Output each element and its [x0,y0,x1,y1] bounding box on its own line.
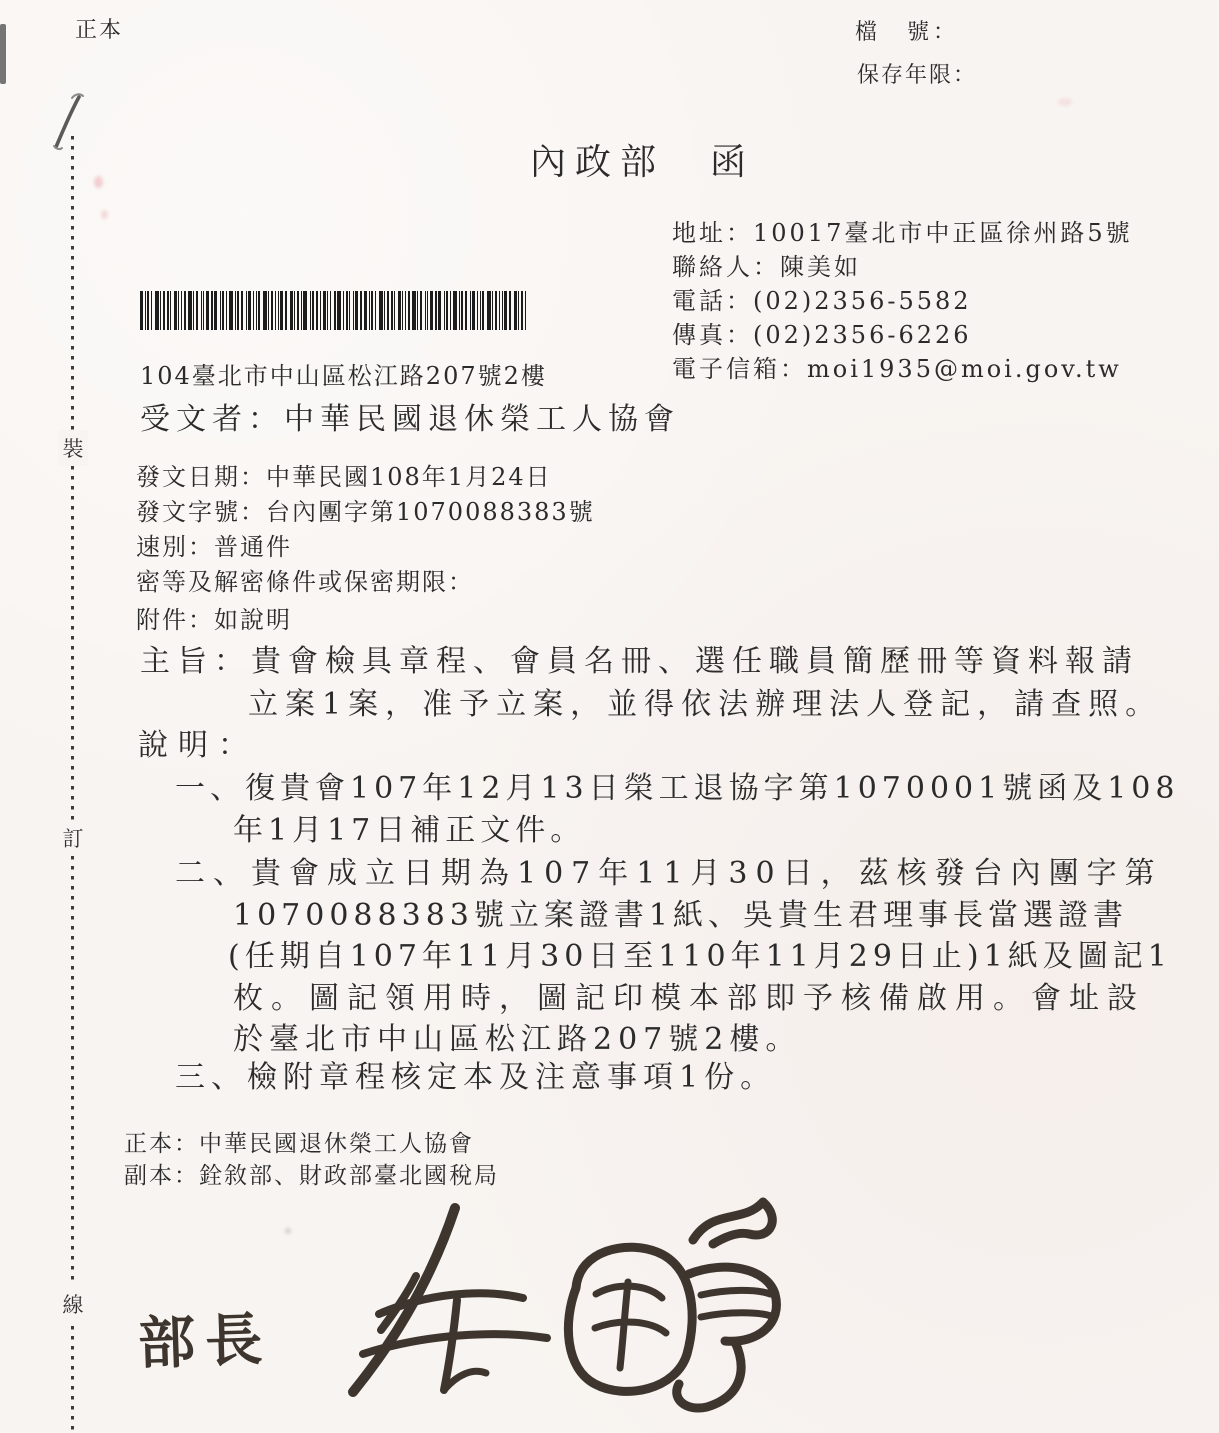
copy-type-label: 正本 [75,13,123,44]
explanation-heading: 說明： [138,720,258,764]
minister-title: 部長 [137,1294,274,1381]
issue-date: 發文日期：中華民國108年1月24日 [136,457,552,492]
sender-phone: 電話：(02)2356-5582 [672,284,1133,318]
sender-info-block: 地址：10017臺北市中正區徐州路5號 聯絡人：陳美如 電話：(02)2356-… [672,216,1133,386]
security-classification: 密等及解密條件或保密期限： [136,562,474,597]
recipient-name: 受文者：中華民國退休榮工人協會 [140,394,680,438]
pink-speck [1058,98,1072,106]
subject-line-1: 主旨：貴會檢具章程、會員名冊、選任職員簡歷冊等資料報請 [140,636,1139,680]
reference-number: 發文字號：台內團字第1070088383號 [136,492,595,527]
minister-signature [295,1192,800,1424]
subject-line-2: 立案1案，准予立案，並得依法辦理法人登記，請查照。 [248,679,1162,723]
file-number-label: 檔 號： [855,15,959,46]
explanation-item3-line1: 三、檢附章程核定本及注意事項1份。 [175,1052,776,1096]
sender-email: 電子信箱：moi1935@moi.gov.tw [672,352,1133,386]
binding-mark-xian: 線 [58,1286,88,1322]
scan-edge-mark [0,24,6,84]
explanation-item1-line2: 年1月17日補正文件。 [233,805,585,849]
barcode [140,291,530,330]
minister-name: 徐國勇 [0,0,1,1]
retention-label: 保存年限： [857,58,977,89]
distribution-original: 正本：中華民國退休榮工人協會 [124,1125,474,1158]
sender-contact-person: 聯絡人：陳美如 [672,250,1133,284]
explanation-item2-line2: 1070088383號立案證書1紙、吳貴生君理事長當選證書 [233,890,1128,934]
distribution-copy: 副本：銓敘部、財政部臺北國稅局 [124,1157,499,1190]
binding-dotted-line [71,136,74,1433]
recipient-postal-address: 104臺北市中山區松江路207號2樓 [140,356,547,391]
pink-speck [285,1228,291,1234]
priority-level: 速別：普通件 [136,527,292,562]
pink-speck [101,210,108,219]
explanation-item1-line1: 一、復貴會107年12月13日榮工退協字第1070001號函及108 [175,763,1179,807]
explanation-item2-line1: 二、貴會成立日期為107年11月30日，茲核發台內團字第 [175,848,1163,892]
sender-fax: 傳真：(02)2356-6226 [672,318,1133,352]
scanned-official-letter: 裝 訂 線 正本 檔 號： 保存年限： 內政部 函 地址：10017臺北市中正區… [0,0,1219,1433]
explanation-item2-line3: (任期自107年11月30日至110年11月29日止)1紙及圖記1 [228,931,1172,975]
attachments-note: 附件：如說明 [136,600,292,635]
sender-address: 地址：10017臺北市中正區徐州路5號 [672,216,1133,250]
document-title: 內政部 函 [0,134,1219,185]
binding-mark-ding: 訂 [58,820,88,856]
explanation-item2-line4: 枚。圖記領用時，圖記印模本部即予核備啟用。會址設 [233,973,1145,1017]
binding-mark-zhuang: 裝 [58,430,88,466]
